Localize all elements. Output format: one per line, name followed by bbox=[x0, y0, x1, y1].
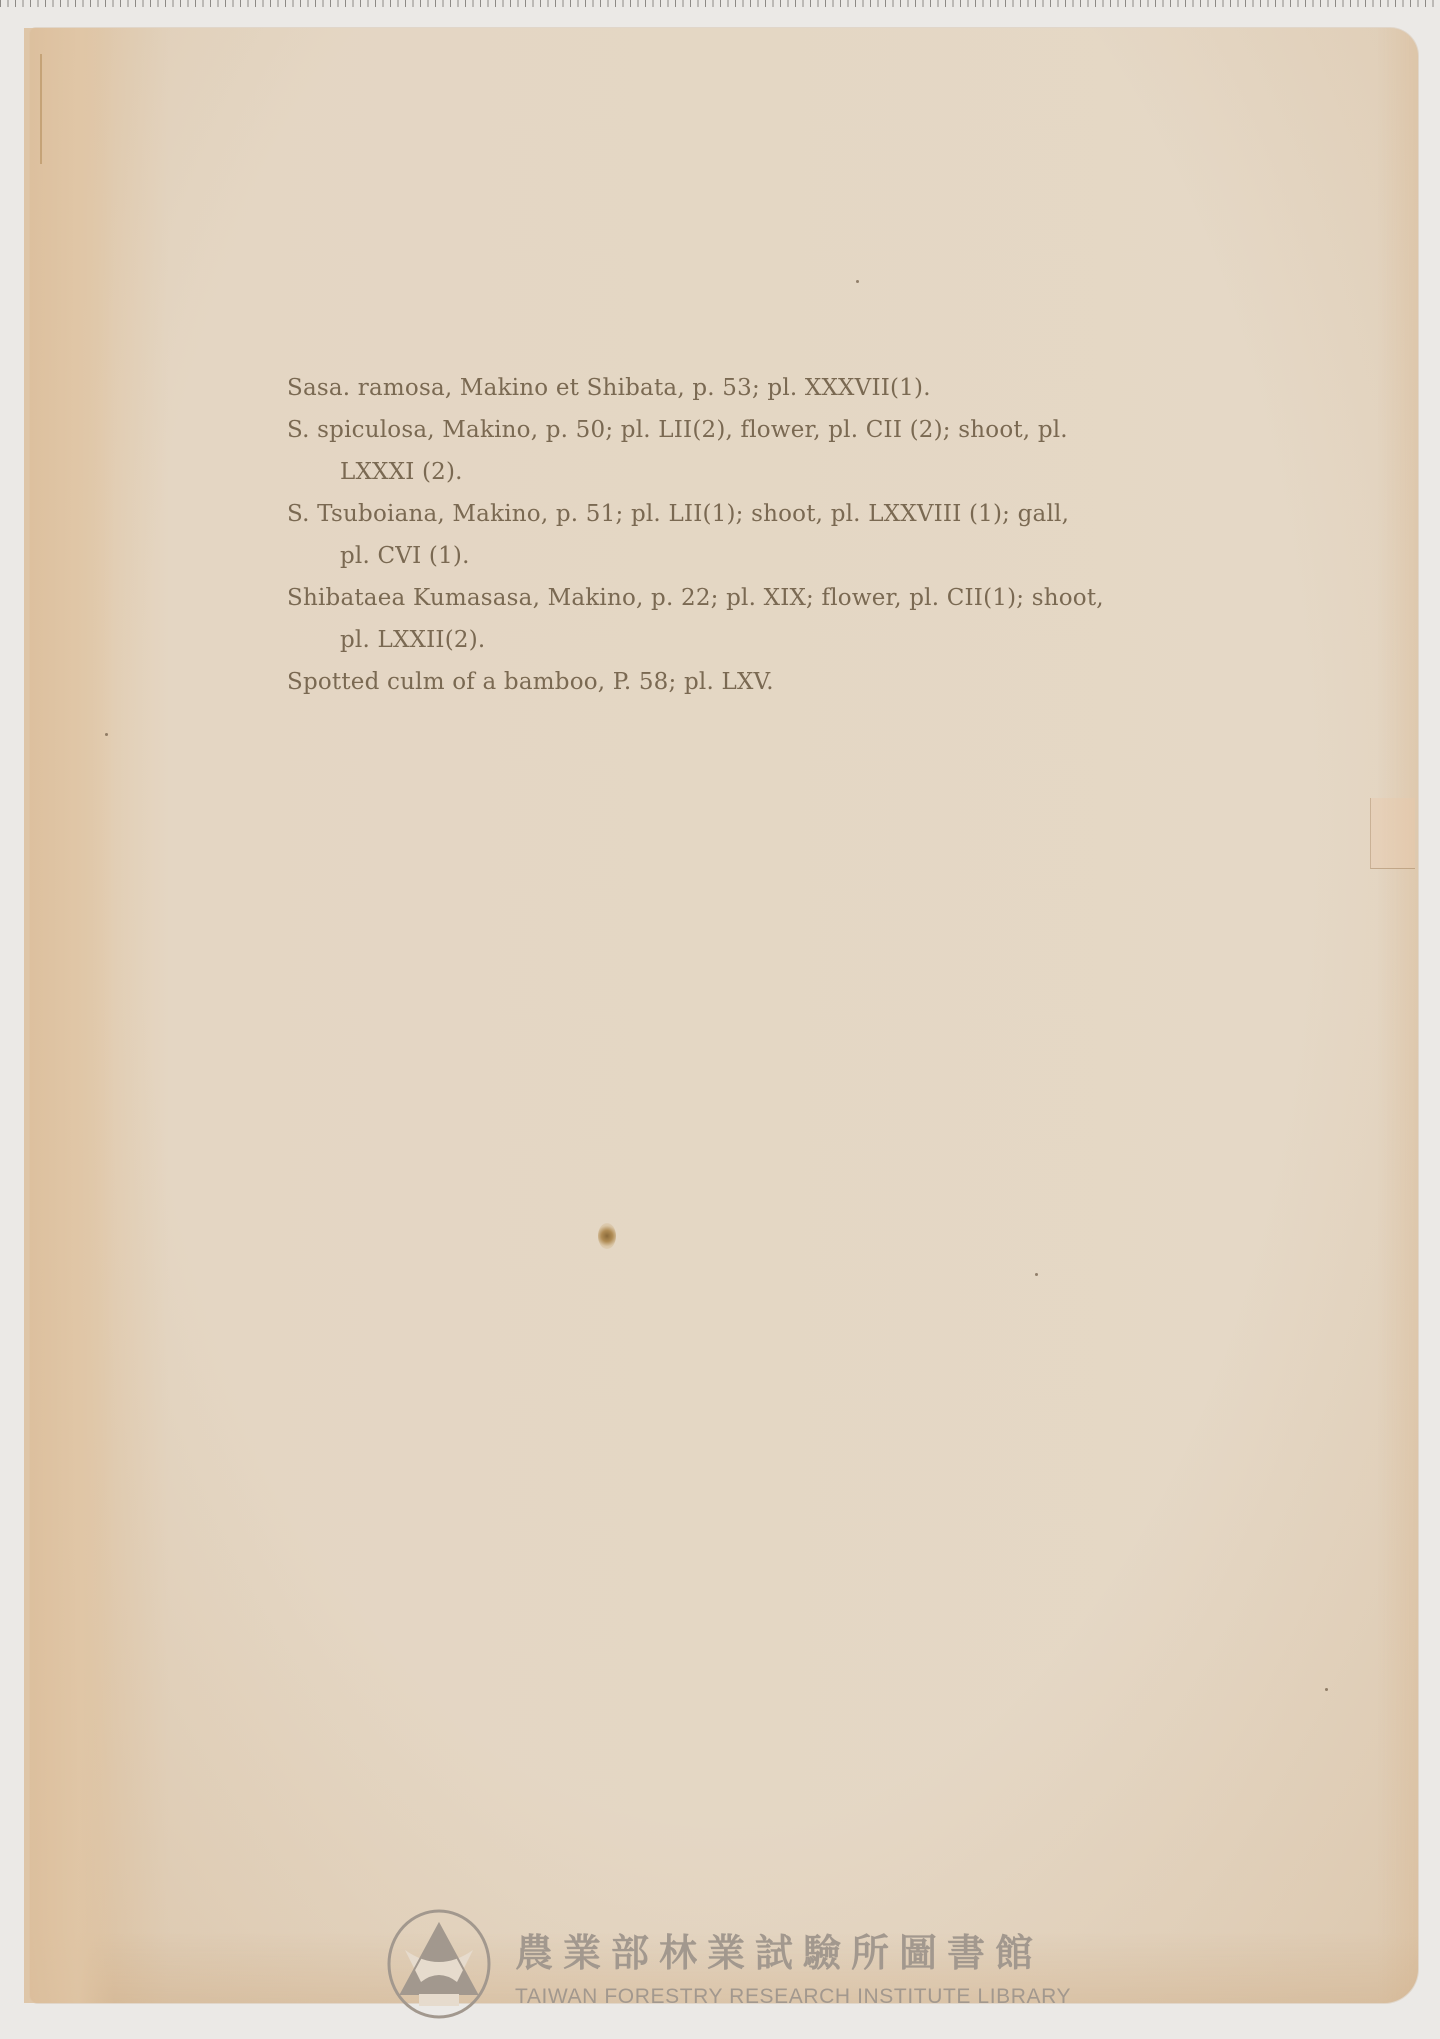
page-repair-patch bbox=[1370, 798, 1415, 869]
entry-line: S. Tsuboiana, Makino, p. 51; pl. LII(1);… bbox=[340, 493, 1247, 535]
library-watermark: 農業部林業試驗所圖書館 TAIWAN FORESTRY RESEARCH INS… bbox=[375, 1900, 1095, 2025]
index-entries: Sasa. ramosa, Makino et Shibata, p. 53; … bbox=[287, 367, 1247, 703]
index-entry: Spotted culm of a bamboo, P. 58; pl. LXV… bbox=[287, 661, 1247, 703]
institute-seal-icon bbox=[385, 1908, 493, 2020]
scale-ruler bbox=[0, 0, 1440, 7]
index-entry: S. Tsuboiana, Makino, p. 51; pl. LII(1);… bbox=[287, 493, 1247, 577]
entry-continuation-line: pl. CVI (1). bbox=[340, 535, 1247, 577]
entry-line: S. spiculosa, Makino, p. 50; pl. LII(2),… bbox=[340, 409, 1247, 451]
page-edge-discoloration bbox=[24, 28, 114, 2003]
entry-line: Spotted culm of a bamboo, P. 58; pl. LXV… bbox=[340, 661, 1247, 703]
page-tear-mark bbox=[40, 54, 42, 164]
scanned-page bbox=[30, 28, 1418, 2003]
ink-stain bbox=[598, 1223, 616, 1249]
index-entry: Sasa. ramosa, Makino et Shibata, p. 53; … bbox=[287, 367, 1247, 409]
paper-speck bbox=[105, 733, 108, 736]
entry-line: Shibataea Kumasasa, Makino, p. 22; pl. X… bbox=[340, 577, 1247, 619]
index-entry: Shibataea Kumasasa, Makino, p. 22; pl. X… bbox=[287, 577, 1247, 661]
paper-speck bbox=[1035, 1273, 1038, 1276]
entry-continuation-line: pl. LXXII(2). bbox=[340, 619, 1247, 661]
watermark-english-title: TAIWAN FORESTRY RESEARCH INSTITUTE LIBRA… bbox=[515, 1985, 1071, 2009]
paper-speck bbox=[856, 280, 859, 283]
paper-speck bbox=[1325, 1688, 1328, 1691]
entry-line: Sasa. ramosa, Makino et Shibata, p. 53; … bbox=[340, 367, 1247, 409]
scan-stage: Sasa. ramosa, Makino et Shibata, p. 53; … bbox=[0, 0, 1440, 2039]
entry-continuation-line: LXXXI (2). bbox=[340, 451, 1247, 493]
watermark-chinese-title: 農業部林業試驗所圖書館 bbox=[515, 1922, 1043, 1977]
index-entry: S. spiculosa, Makino, p. 50; pl. LII(2),… bbox=[287, 409, 1247, 493]
